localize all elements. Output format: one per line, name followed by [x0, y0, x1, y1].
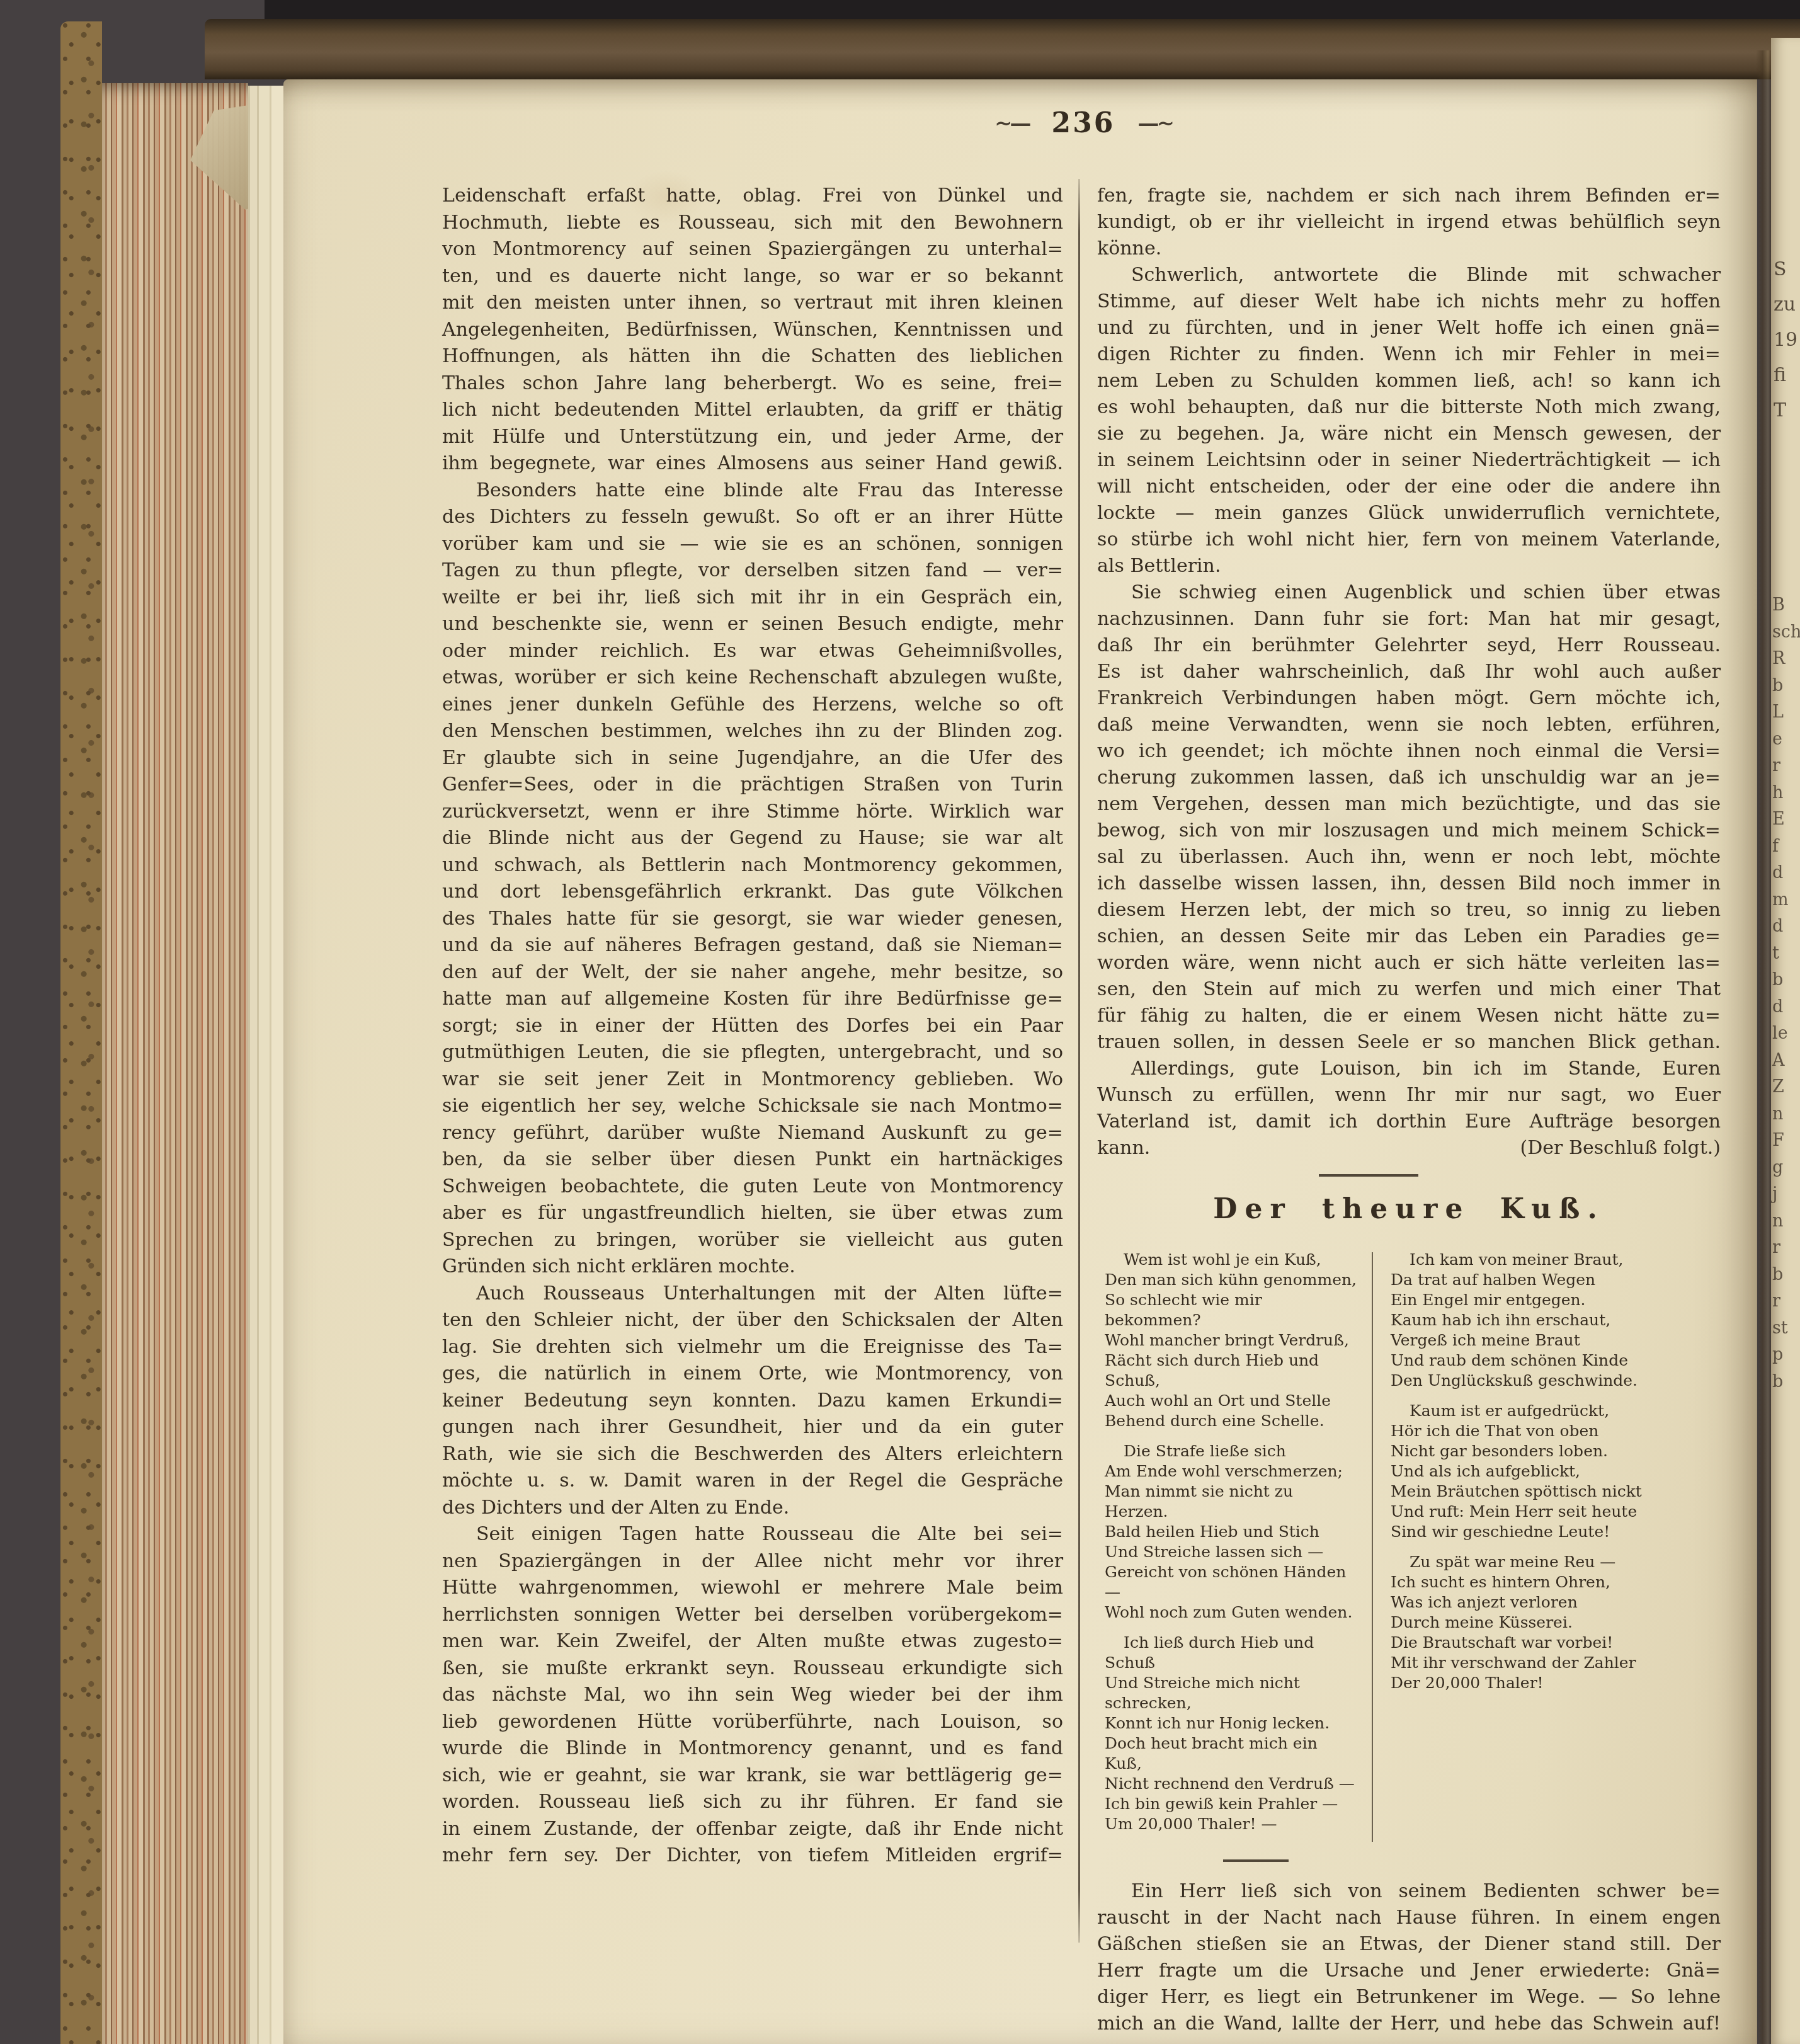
- text-line: sich, wie er geahnt, sie war krank, sie …: [442, 1762, 1063, 1790]
- next-page-text-fragments: BschRbLerhEfdmdtbdleAZnFgjnrbrstpb: [1772, 592, 1800, 1395]
- poem-line: Bald heilen Hieb und Stich: [1105, 1522, 1358, 1542]
- text-line: möchte u. s. w. Damit waren in der Regel…: [442, 1468, 1063, 1495]
- text-line: Auch Rousseaus Unterhaltungen mit der Al…: [442, 1281, 1063, 1308]
- poem-line: Auch wohl an Ort und Stelle: [1105, 1391, 1358, 1411]
- text-line: ihm begegnete, war eines Almosens aus se…: [442, 450, 1063, 477]
- text-line: mit Hülfe und Unterstützung ein, und jed…: [442, 424, 1063, 451]
- text-line: ten den Schleier nicht, der über den Sch…: [442, 1307, 1063, 1334]
- poem-line: Ich sucht es hintern Ohren,: [1391, 1572, 1668, 1592]
- text-line: bewog, sich von mir loszusagen und mich …: [1097, 818, 1721, 844]
- text-line: rauscht in der Nacht nach Hause führen. …: [1097, 1905, 1721, 1931]
- text-line: Tagen zu thun pflegte, vor derselben sit…: [442, 557, 1063, 585]
- text-line: von Montmorency auf seinen Spaziergängen…: [442, 236, 1063, 263]
- text-line: so stürbe ich wohl nicht hier, fern von …: [1097, 527, 1721, 553]
- poem-stanza: Ich ließ durch Hieb und SchußUnd Streich…: [1105, 1633, 1358, 1834]
- text-line: Hütte wahrgenommen, wiewohl er mehrere M…: [442, 1575, 1063, 1602]
- poem-line: Ein Engel mir entgegen.: [1391, 1290, 1668, 1310]
- text-line: keiner Bedeutung seyn konnten. Dazu kame…: [442, 1388, 1063, 1415]
- text-line: will nicht entscheiden, oder der eine od…: [1097, 474, 1721, 500]
- poem-line: Kaum hab ich ihn erschaut,: [1391, 1310, 1668, 1330]
- text-fragment: r: [1772, 753, 1800, 780]
- poem-line: Die Brautschaft war vorbei!: [1391, 1633, 1668, 1653]
- text-line: für fähig zu halten, die er einem Wesen …: [1097, 1003, 1721, 1029]
- text-fragment: fi: [1774, 358, 1797, 393]
- text-line: nem Vergehen, dessen man mich bezüchtigt…: [1097, 791, 1721, 818]
- text-line: Wunsch zu erfüllen, wenn Ihr mir nur sag…: [1097, 1082, 1721, 1109]
- book-cover-top-edge: [205, 19, 1800, 79]
- text-line: wurde die Blinde in Montmorency genannt,…: [442, 1735, 1063, 1762]
- text-line: etwas, worüber er sich keine Rechenschaf…: [442, 665, 1063, 692]
- poem-line: Doch heut bracht mich ein Kuß,: [1105, 1733, 1358, 1774]
- poem-line: Den man sich kühn genommen,: [1105, 1270, 1358, 1290]
- page-stack-fore-edge: [102, 83, 248, 2044]
- poem-line: Und Streiche mich nicht schrecken,: [1105, 1673, 1358, 1713]
- poem-line: Wohl mancher bringt Verdruß,: [1105, 1330, 1358, 1350]
- poem-line: Behend durch eine Schelle.: [1105, 1411, 1358, 1431]
- text-fragment: p: [1772, 1342, 1800, 1369]
- text-line: zurückversetzt, wenn er ihre Stimme hört…: [442, 799, 1063, 826]
- text-fragment: j: [1772, 1181, 1800, 1208]
- text-line: mich an die Wand, lallte der Herr, und h…: [1097, 2011, 1721, 2037]
- text-line: nachzusinnen. Dann fuhr sie fort: Man ha…: [1097, 606, 1721, 632]
- poem-line: Ich ließ durch Hieb und Schuß: [1105, 1633, 1358, 1673]
- text-fragment: T: [1774, 393, 1797, 428]
- left-text-column: Leidenschaft erfaßt hatte, oblag. Frei v…: [442, 183, 1063, 1870]
- text-line: ten, und es dauerte nicht lange, so war …: [442, 263, 1063, 290]
- book-cover-left-edge: [60, 21, 102, 2044]
- text-line: den auf der Welt, der sie naher angehe, …: [442, 959, 1063, 986]
- text-line: könne.: [1097, 236, 1721, 262]
- text-line: Allerdings, gute Louison, bin ich im Sta…: [1097, 1056, 1721, 1082]
- text-line: Hochmuth, liebte es Rousseau, sich mit d…: [442, 210, 1063, 237]
- text-line: nen Spaziergängen in der Allee nicht meh…: [442, 1548, 1063, 1575]
- poem-stanza: Ich kam von meiner Braut,Da trat auf hal…: [1391, 1250, 1668, 1391]
- text-fragment: S: [1774, 252, 1797, 287]
- poem-line: Und raub dem schönen Kinde: [1391, 1350, 1668, 1371]
- text-fragment: b: [1772, 967, 1800, 994]
- poem-line: Und als ich aufgeblickt,: [1391, 1461, 1668, 1482]
- text-line: Frankreich Verbindungen haben mögt. Gern…: [1097, 685, 1721, 712]
- text-fragment: Z: [1772, 1074, 1800, 1101]
- poem-line: Rächt sich durch Hieb und Schuß,: [1105, 1350, 1358, 1391]
- text-line: worden wäre, wenn nicht auch er sich hät…: [1097, 950, 1721, 976]
- text-fragment: n: [1772, 1101, 1800, 1128]
- text-fragment: f: [1772, 833, 1800, 860]
- text-line: kundigt, ob er ihr vielleicht in irgend …: [1097, 209, 1721, 236]
- poem-line: Mit ihr verschwand der Zahler: [1391, 1653, 1668, 1673]
- text-line: schien, an dessen Seite mir das Leben ei…: [1097, 923, 1721, 950]
- text-line: sie eigentlich her sey, welche Schicksal…: [442, 1093, 1063, 1120]
- poem-line: Um 20,000 Thaler! —: [1105, 1814, 1358, 1834]
- text-line: die Blinde nicht aus der Gegend zu Hause…: [442, 825, 1063, 852]
- text-line: sorgt; sie in einer der Hütten des Dorfe…: [442, 1013, 1063, 1040]
- text-line: und dort lebensgefährlich erkrankt. Das …: [442, 879, 1063, 906]
- text-line: diger Herr, es liegt ein Betrunkener im …: [1097, 1984, 1721, 2011]
- text-fragment: st: [1772, 1315, 1800, 1342]
- text-line: Er glaubte sich in seine Jugendjahre, an…: [442, 745, 1063, 772]
- text-line: Gäßchen stießen sie an Etwas, der Diener…: [1097, 1931, 1721, 1958]
- text-line: hatte man auf allgemeine Kosten für ihre…: [442, 986, 1063, 1013]
- poem-line: Was ich anjezt verloren: [1391, 1592, 1668, 1613]
- text-line: sie zu begehen. Ja, wäre nicht ein Mensc…: [1097, 421, 1721, 447]
- poem-stanza: Wem ist wohl je ein Kuß,Den man sich küh…: [1105, 1250, 1358, 1431]
- text-line: Besonders hatte eine blinde alte Frau da…: [442, 477, 1063, 505]
- text-line: in seinem Leichtsinn oder in seiner Nied…: [1097, 447, 1721, 474]
- text-line: lieb gewordenen Hütte vorüberführte, nac…: [442, 1709, 1063, 1736]
- text-line: Schweigen beobachtete, die guten Leute v…: [442, 1173, 1063, 1201]
- text-line: lich nicht bedeutenden Mittel erlaubten,…: [442, 397, 1063, 424]
- text-line: herrlichsten sonnigen Wetter bei derselb…: [442, 1602, 1063, 1629]
- text-line: es wohl behaupten, daß nur die bitterste…: [1097, 394, 1721, 421]
- poem-title: Der theure Kuß.: [1097, 1192, 1721, 1227]
- text-line: und beschenkte sie, wenn er seinen Besuc…: [442, 611, 1063, 638]
- text-line: sen, den Stein auf mich zu werfen und mi…: [1097, 976, 1721, 1003]
- text-fragment: b: [1772, 673, 1800, 700]
- text-line: des Thales hatte für sie gesorgt, sie wa…: [442, 906, 1063, 933]
- header-ornament-right: —∼: [1137, 111, 1172, 136]
- text-line: und da sie auf näheres Befragen gestand,…: [442, 932, 1063, 959]
- text-line: daß Ihr ein berühmter Gelehrter seyd, He…: [1097, 632, 1721, 659]
- text-fragment: d: [1772, 860, 1800, 887]
- poem-stanza: Zu spät war meine Reu —Ich sucht es hint…: [1391, 1552, 1668, 1693]
- text-line: Ein Herr ließ sich von seinem Bedienten …: [1097, 1878, 1721, 1905]
- text-fragment: 19: [1774, 323, 1797, 358]
- poem-stanza: Kaum ist er aufgedrückt,Hör ich die That…: [1391, 1401, 1668, 1542]
- text-line: in einem Zustande, der offenbar zeigte, …: [442, 1816, 1063, 1843]
- poem-line: Gereicht von schönen Händen —: [1105, 1562, 1358, 1602]
- poem-line: So schlecht wie mir bekommen?: [1105, 1290, 1358, 1330]
- poem-line: Und Streiche lassen sich —: [1105, 1542, 1358, 1562]
- text-line: Es ist daher wahrscheinlich, daß Ihr woh…: [1097, 659, 1721, 685]
- text-line: und zu fürchten, und in jener Welt hoffe…: [1097, 315, 1721, 341]
- poem-line: Vergeß ich meine Braut: [1391, 1330, 1668, 1350]
- poem-line: Ich kam von meiner Braut,: [1391, 1250, 1668, 1270]
- poem-line: Nicht gar besonders loben.: [1391, 1441, 1668, 1461]
- poem-line: Die Strafe ließe sich: [1105, 1441, 1358, 1461]
- text-line: nem Leben zu Schulden kommen ließ, ach! …: [1097, 368, 1721, 394]
- poem-line: Nicht rechnend den Verdruß —: [1105, 1774, 1358, 1794]
- section-rule: [1223, 1859, 1289, 1862]
- text-line: war sie seit jener Zeit in Montmorency g…: [442, 1066, 1063, 1093]
- text-fragment: b: [1772, 1262, 1800, 1289]
- closing-note: (Der Beschluß folgt.): [1520, 1135, 1721, 1162]
- section-rule: [1319, 1174, 1418, 1177]
- text-line: daß meine Verwandten, wenn sie noch lebt…: [1097, 712, 1721, 738]
- poem-line: Da trat auf halben Wegen: [1391, 1270, 1668, 1290]
- text-line: den Menschen bestimmen, welches ihn zu d…: [442, 718, 1063, 745]
- text-line: mehr fern sey. Der Dichter, von tiefem M…: [442, 1842, 1063, 1870]
- text-line: des Dichters zu fesseln gewußt. So oft e…: [442, 504, 1063, 531]
- text-line: sal zu überlassen. Auch ihn, wenn er noc…: [1097, 844, 1721, 871]
- poem-line: Durch meine Küsserei.: [1391, 1613, 1668, 1633]
- text-fragment: r: [1772, 1235, 1800, 1262]
- text-fragment: d: [1772, 994, 1800, 1021]
- text-line: das nächste Mal, wo ihn sein Weg wieder …: [442, 1682, 1063, 1709]
- text-fragment: F: [1772, 1128, 1800, 1155]
- text-line: ges, die natürlich in einem Orte, wie Mo…: [442, 1361, 1063, 1388]
- page-number: 236: [1052, 107, 1115, 139]
- text-line: aber es für ungastfreundlich hielten, si…: [442, 1200, 1063, 1227]
- poem-line: Zu spät war meine Reu —: [1391, 1552, 1668, 1572]
- poem-line: Wohl noch zum Guten wenden.: [1105, 1602, 1358, 1623]
- text-line: des Dichters und der Alten zu Ende.: [442, 1495, 1063, 1522]
- text-line: Gründen sich nicht erklären mochte.: [442, 1253, 1063, 1281]
- poem-line: Am Ende wohl verschmerzen;: [1105, 1461, 1358, 1482]
- text-fragment: sch: [1772, 619, 1800, 646]
- poem-line: Wem ist wohl je ein Kuß,: [1105, 1250, 1358, 1270]
- text-fragment: n: [1772, 1208, 1800, 1235]
- text-line: Angelegenheiten, Bedürfnissen, Wünschen,…: [442, 317, 1063, 344]
- text-line: lockte — mein ganzes Glück unwiderruflic…: [1097, 500, 1721, 527]
- text-line: fen, fragte sie, nachdem er sich nach ih…: [1097, 183, 1721, 209]
- text-line: ßen, sie mußte erkrankt seyn. Rousseau e…: [442, 1655, 1063, 1682]
- text-line: Hoffnungen, als hätten ihn die Schatten …: [442, 343, 1063, 370]
- poem-stanza: Die Strafe ließe sichAm Ende wohl versch…: [1105, 1441, 1358, 1623]
- text-line: eines jener dunkeln Gefühle des Herzens,…: [442, 692, 1063, 719]
- text-line: Seit einigen Tagen hatte Rousseau die Al…: [442, 1521, 1063, 1548]
- poem-line: Ich bin gewiß kein Prahler —: [1105, 1794, 1358, 1814]
- poem: Wem ist wohl je ein Kuß,Den man sich küh…: [1097, 1250, 1721, 1844]
- text-fragment: L: [1772, 699, 1800, 726]
- text-fragment: A: [1772, 1048, 1800, 1075]
- poem-line: Mein Bräutchen spöttisch nickt: [1391, 1482, 1668, 1502]
- text-fragment: B: [1772, 592, 1800, 619]
- text-fragment: t: [1772, 940, 1800, 968]
- text-line: Herr fragte um die Ursache und Jener erw…: [1097, 1958, 1721, 1984]
- last-line-text: kann.: [1097, 1135, 1150, 1162]
- text-line: Leidenschaft erfaßt hatte, oblag. Frei v…: [442, 183, 1063, 210]
- text-fragment: d: [1772, 913, 1800, 940]
- poem-line: Der 20,000 Thaler!: [1391, 1673, 1668, 1693]
- text-fragment: h: [1772, 780, 1800, 807]
- text-line: Sprechen zu bringen, worüber sie viellei…: [442, 1227, 1063, 1254]
- poem-line: Den Unglückskuß geschwinde.: [1391, 1371, 1668, 1391]
- right-text-column: fen, fragte sie, nachdem er sich nach ih…: [1097, 183, 1721, 2037]
- text-line: cherung zukommen lassen, daß ich unschul…: [1097, 765, 1721, 791]
- text-line: wo ich geendet; ich möchte ihnen noch ei…: [1097, 738, 1721, 765]
- poem-line: Kaum ist er aufgedrückt,: [1391, 1401, 1668, 1421]
- text-line: vorüber kam und sie — wie sie es an schö…: [442, 531, 1063, 558]
- text-line: Thales schon Jahre lang beherbergt. Wo e…: [442, 370, 1063, 397]
- next-page-text-fragments: Szu19fiT: [1774, 252, 1797, 428]
- text-fragment: zu: [1774, 287, 1797, 323]
- text-line: trauen sollen, in dessen Seele er so man…: [1097, 1029, 1721, 1056]
- text-line: worden. Rousseau ließ sich zu ihr führen…: [442, 1789, 1063, 1816]
- text-line: ich dasselbe wissen lassen, ihn, dessen …: [1097, 871, 1721, 897]
- poem-right-column: Ich kam von meiner Braut,Da trat auf hal…: [1373, 1250, 1668, 1844]
- text-line: als Bettlerin.: [1097, 553, 1721, 580]
- text-line: gungen nach ihrer Gesundheit, hier und d…: [442, 1414, 1063, 1441]
- text-fragment: E: [1772, 806, 1800, 833]
- column-divider: [1078, 179, 1080, 1943]
- text-line: Vaterland ist, damit ich dorthin Eure Au…: [1097, 1109, 1721, 1135]
- text-fragment: e: [1772, 726, 1800, 753]
- text-line: Genfer=Sees, oder in die prächtigen Stra…: [442, 772, 1063, 799]
- text-fragment: R: [1772, 646, 1800, 673]
- text-line: oder minder reichlich. Es war etwas Gehe…: [442, 638, 1063, 665]
- text-line: Sie schwieg einen Augenblick und schien …: [1097, 580, 1721, 606]
- text-line: mit den meisten unter ihnen, so vertraut…: [442, 290, 1063, 317]
- text-line: Stimme, auf dieser Welt habe ich nichts …: [1097, 288, 1721, 315]
- text-line: gutmüthigen Leuten, die sie pflegten, un…: [442, 1039, 1063, 1066]
- text-line: Schwerlich, antwortete die Blinde mit sc…: [1097, 262, 1721, 288]
- book-gutter: [1756, 50, 1771, 2044]
- text-line: ben, da sie selber über diesen Punkt ein…: [442, 1146, 1063, 1173]
- text-line: men war. Kein Zweifel, der Alten mußte e…: [442, 1628, 1063, 1655]
- text-fragment: m: [1772, 887, 1800, 914]
- text-fragment: g: [1772, 1155, 1800, 1182]
- anecdote: Ein Herr ließ sich von seinem Bedienten …: [1097, 1878, 1721, 2037]
- poem-line: Konnt ich nur Honig lecken.: [1105, 1713, 1358, 1733]
- text-fragment: b: [1772, 1369, 1800, 1396]
- text-line: digen Richter zu finden. Wenn ich mir Fe…: [1097, 341, 1721, 368]
- paragraph-closing-line: kann. (Der Beschluß folgt.): [1097, 1135, 1721, 1162]
- right-column-prose: fen, fragte sie, nachdem er sich nach ih…: [1097, 183, 1721, 1135]
- text-fragment: r: [1772, 1288, 1800, 1315]
- poem-line: Sind wir geschiedne Leute!: [1391, 1522, 1668, 1542]
- book-page: ∼— 236 —∼ Leidenschaft erfaßt hatte, obl…: [283, 79, 1757, 2044]
- poem-line: Und ruft: Mein Herr seit heute: [1391, 1502, 1668, 1522]
- text-line: diesem Herzen lebt, der mich so treu, so…: [1097, 897, 1721, 923]
- page-edges: [248, 86, 283, 2044]
- text-line: rency geführt, darüber wußte Niemand Aus…: [442, 1120, 1063, 1147]
- text-line: weilte er bei ihr, ließ sich mit ihr in …: [442, 585, 1063, 612]
- text-line: und schwach, als Bettlerin nach Montmore…: [442, 852, 1063, 879]
- text-fragment: le: [1772, 1020, 1800, 1048]
- next-page-edge: Szu19fiT BschRbLerhEfdmdtbdleAZnFgjnrbrs…: [1771, 38, 1800, 2044]
- poem-line: Hör ich die That von oben: [1391, 1421, 1668, 1441]
- header-ornament-left: ∼—: [994, 111, 1029, 136]
- text-line: Rath, wie sie sich die Beschwerden des A…: [442, 1441, 1063, 1468]
- text-line: lag. Sie drehten sich vielmehr um die Er…: [442, 1334, 1063, 1361]
- poem-line: Man nimmt sie nicht zu Herzen.: [1105, 1482, 1358, 1522]
- poem-left-column: Wem ist wohl je ein Kuß,Den man sich küh…: [1097, 1250, 1358, 1844]
- page-header: ∼— 236 —∼: [901, 107, 1266, 139]
